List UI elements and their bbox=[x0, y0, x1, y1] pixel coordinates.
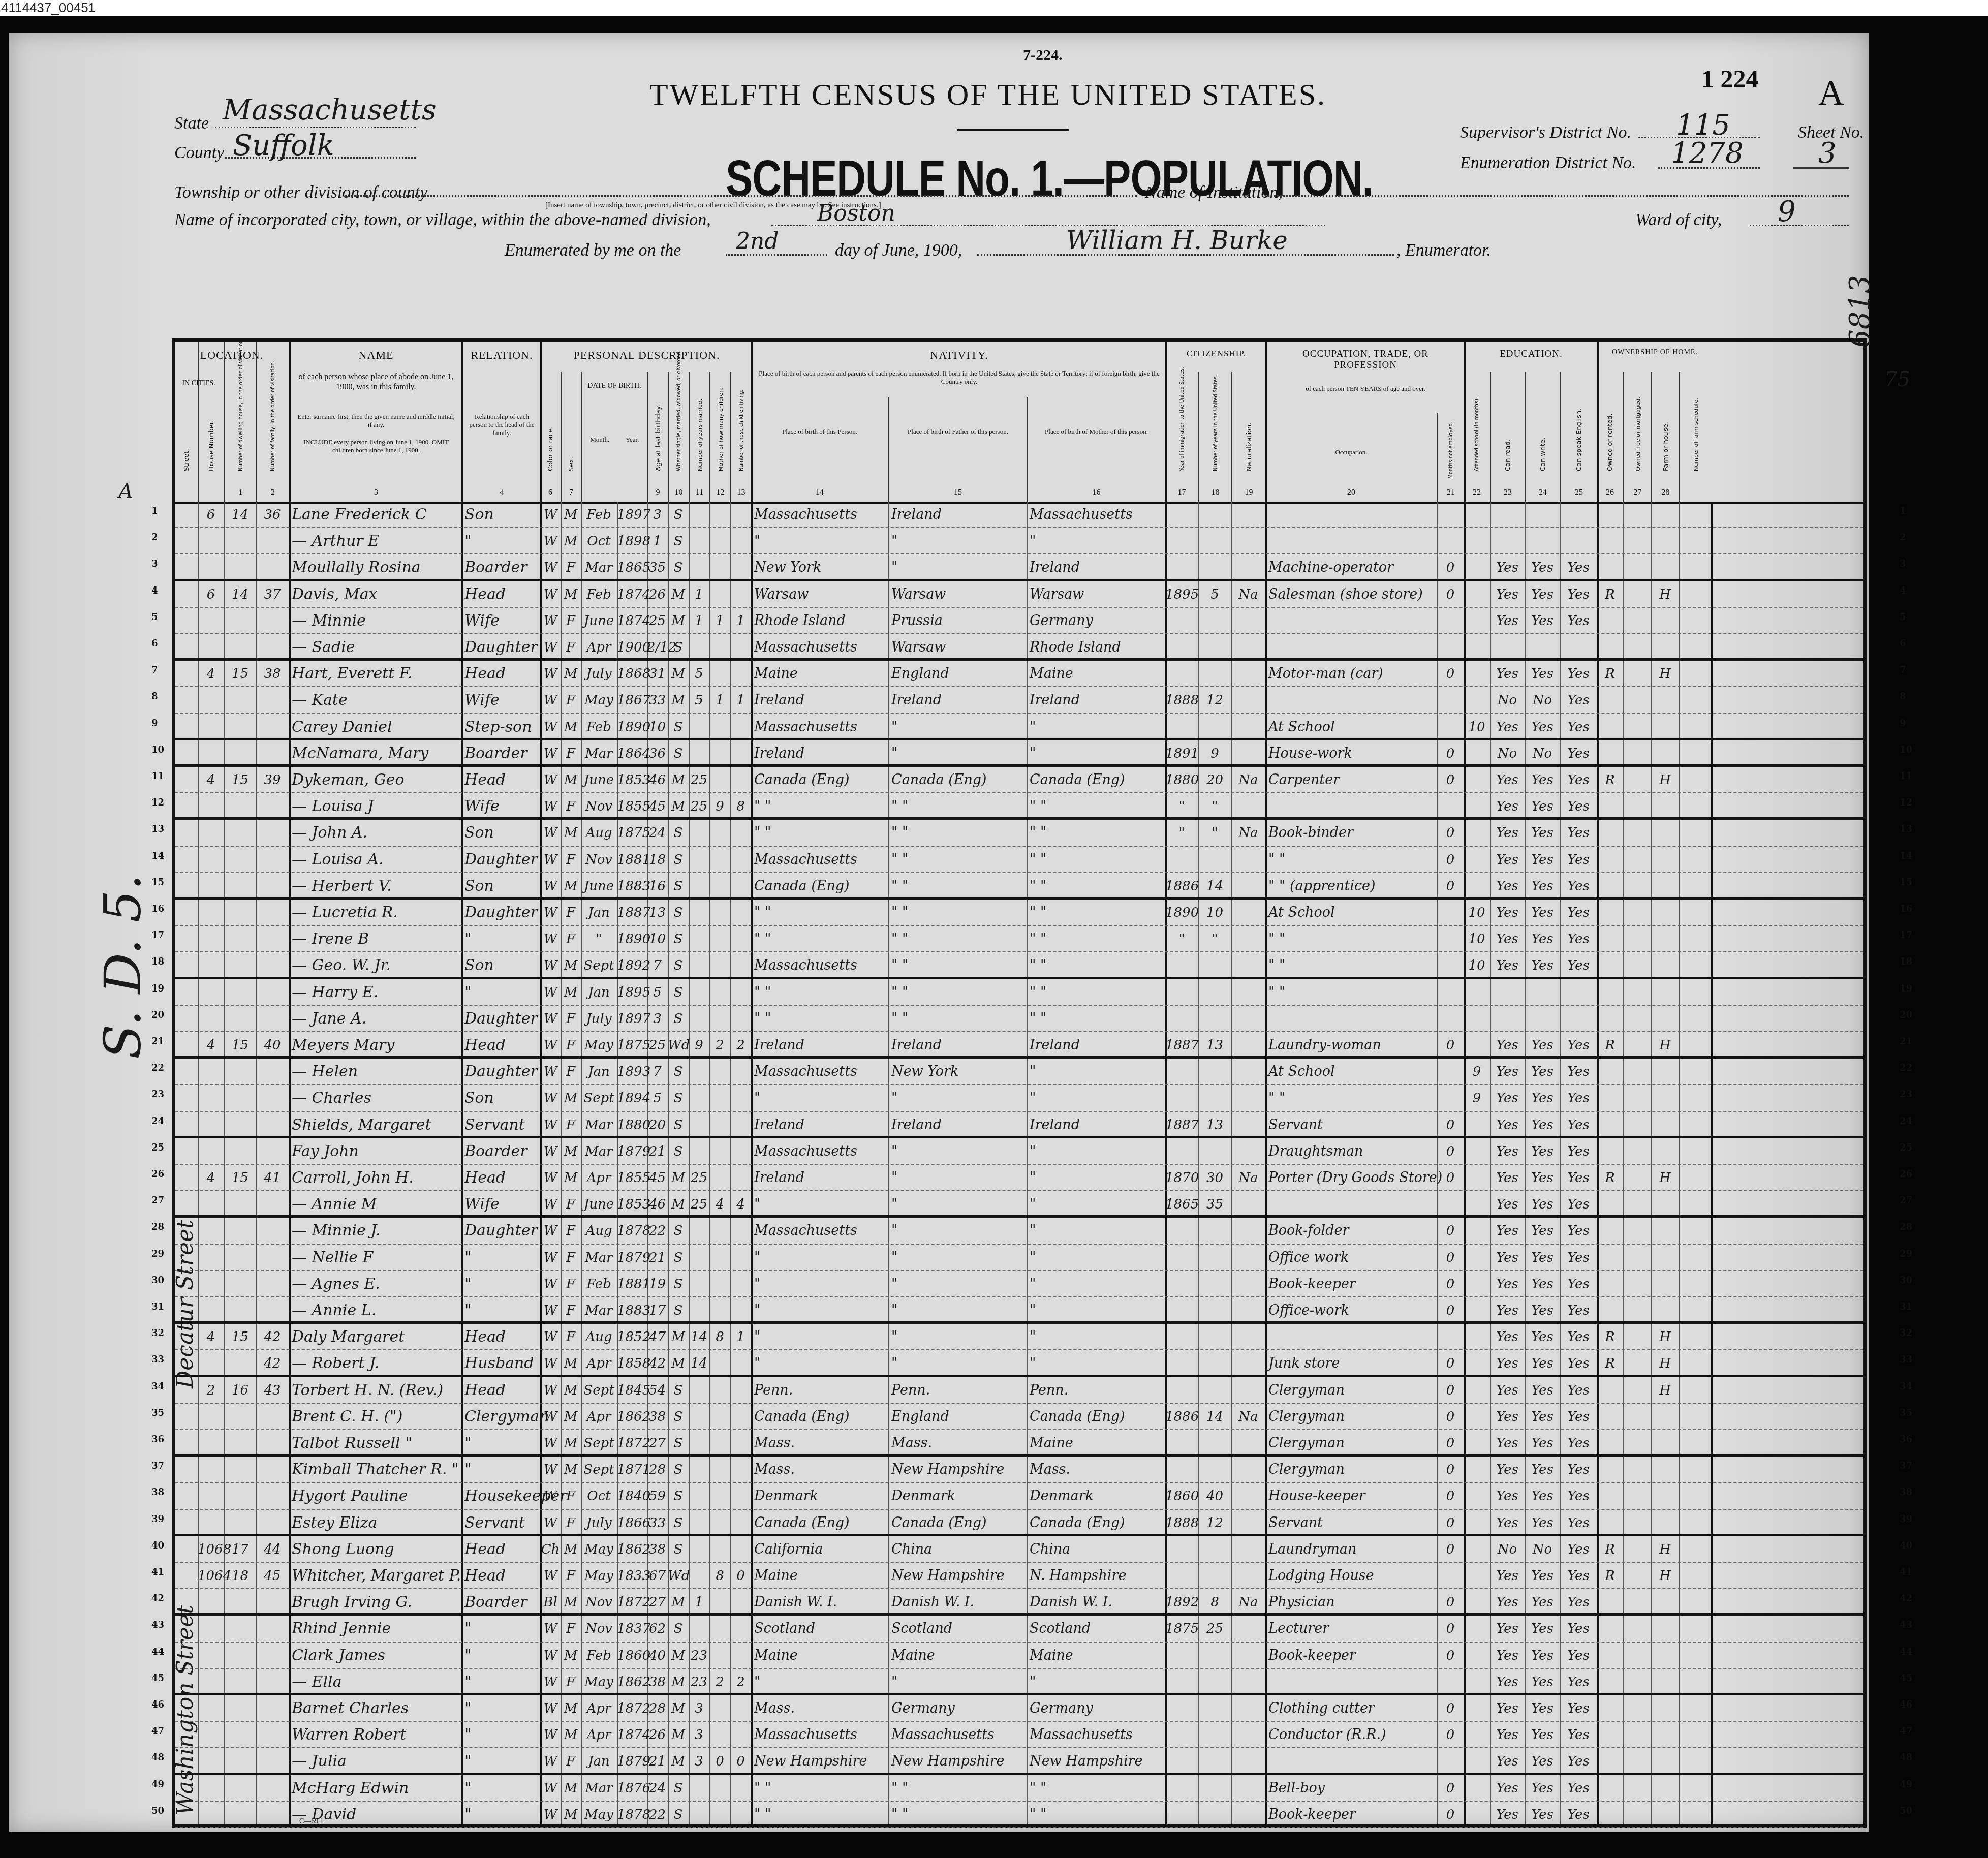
cell-sex: M bbox=[561, 1536, 581, 1562]
cell-family bbox=[256, 793, 289, 817]
cell-yrs bbox=[1198, 661, 1231, 686]
cell-house: 2 bbox=[198, 1377, 224, 1403]
enumerator-label: , Enumerator. bbox=[1396, 241, 1491, 260]
cell-imm bbox=[1165, 502, 1198, 527]
cell-read: Yes bbox=[1490, 820, 1525, 845]
colnum-10: 11 bbox=[690, 488, 709, 498]
cell-sched bbox=[1679, 1616, 1711, 1641]
cell-speak: Yes bbox=[1560, 554, 1597, 578]
cell-write: No bbox=[1525, 687, 1560, 713]
cell-bm: Rhode Island bbox=[1027, 634, 1165, 658]
state-label: State bbox=[174, 114, 209, 133]
cell-occ: Machine-operator bbox=[1265, 554, 1437, 578]
row-number: 15 bbox=[1900, 877, 1912, 888]
cell-ym bbox=[689, 740, 709, 764]
cell-relation: Daughter bbox=[461, 1006, 540, 1031]
cell-bf: New York bbox=[888, 1059, 1027, 1084]
cell-read: Yes bbox=[1490, 1695, 1525, 1721]
birth-person-label: Place of birth of this Person. bbox=[751, 428, 888, 436]
cell-year: 1833 bbox=[617, 1563, 647, 1588]
cell-occ: Clergyman bbox=[1265, 1404, 1437, 1429]
cell-month: June bbox=[581, 608, 617, 633]
cell-bm: N. Hampshire bbox=[1027, 1563, 1165, 1588]
cell-street bbox=[175, 926, 198, 951]
cell-color: W bbox=[540, 1165, 561, 1190]
cell-bm: China bbox=[1027, 1536, 1165, 1562]
cell-street bbox=[175, 1165, 198, 1190]
cell-name: Carey Daniel bbox=[289, 714, 461, 738]
cell-bp: Mass. bbox=[751, 1457, 888, 1482]
cell-family bbox=[256, 1802, 289, 1827]
cell-sex: M bbox=[561, 1589, 581, 1613]
cell-sex: M bbox=[561, 1404, 581, 1429]
cell-color: W bbox=[540, 1669, 561, 1693]
cell-yrs bbox=[1198, 1748, 1231, 1772]
cell-age: 38 bbox=[647, 1669, 668, 1693]
cell-speak: Yes bbox=[1560, 952, 1597, 976]
header-can-write: Can write.24 bbox=[1525, 372, 1560, 502]
cell-dwelling bbox=[224, 1085, 256, 1110]
cell-sex: F bbox=[561, 1271, 581, 1296]
cell-sched bbox=[1679, 608, 1711, 633]
cell-imm: 1860 bbox=[1165, 1483, 1198, 1508]
cell-yrs: 13 bbox=[1198, 1032, 1231, 1056]
cell-occ: Draughtsman bbox=[1265, 1138, 1437, 1164]
cell-write: Yes bbox=[1525, 1748, 1560, 1772]
cell-living: 4 bbox=[730, 1191, 751, 1215]
cell-sched bbox=[1679, 554, 1711, 578]
cell-sched bbox=[1679, 926, 1711, 951]
cell-living: 1 bbox=[730, 608, 751, 633]
cell-sex: F bbox=[561, 1191, 581, 1215]
cell-yrs: " bbox=[1198, 793, 1231, 817]
cell-name: — Lucretia R. bbox=[289, 900, 461, 925]
row-number: 19 bbox=[151, 983, 164, 994]
table-row: Estey ElizaServantWFJuly186633SCanada (E… bbox=[175, 1510, 1863, 1536]
cell-bm: " " bbox=[1027, 979, 1165, 1005]
cell-age: 21 bbox=[647, 1748, 668, 1772]
cell-free bbox=[1623, 1510, 1651, 1534]
cell-speak: Yes bbox=[1560, 714, 1597, 738]
cell-bm: " bbox=[1027, 1669, 1165, 1693]
cell-living bbox=[730, 847, 751, 872]
cell-dwelling bbox=[224, 528, 256, 553]
cell-bp: Mass. bbox=[751, 1430, 888, 1454]
cell-ym bbox=[689, 634, 709, 658]
cell-yrs bbox=[1198, 1297, 1231, 1321]
cell-bf: " bbox=[888, 1245, 1027, 1270]
cell-month: Aug bbox=[581, 1218, 617, 1243]
cell-bp: Rhode Island bbox=[751, 608, 888, 633]
cell-bf: Scotland bbox=[888, 1616, 1027, 1641]
table-row: 42— Robert J.HusbandWMApr185842M14"""Jun… bbox=[175, 1350, 1863, 1377]
cell-color: W bbox=[540, 687, 561, 713]
cell-imm bbox=[1165, 1802, 1198, 1827]
cell-speak bbox=[1560, 979, 1597, 1005]
cell-month: May bbox=[581, 1669, 617, 1693]
children-living-label: Number of these children living. bbox=[738, 389, 744, 471]
cell-age: 25 bbox=[647, 1032, 668, 1056]
cell-age: 22 bbox=[647, 1802, 668, 1827]
cell-marital: S bbox=[668, 1510, 689, 1534]
cell-house: 4 bbox=[198, 1165, 224, 1190]
cell-yrs bbox=[1198, 1430, 1231, 1454]
cell-farm: H bbox=[1651, 1377, 1679, 1403]
cell-sched bbox=[1679, 1404, 1711, 1429]
cell-imm bbox=[1165, 1297, 1198, 1321]
cell-family bbox=[256, 1297, 289, 1321]
cell-sex: F bbox=[561, 1324, 581, 1349]
cell-school bbox=[1464, 1616, 1490, 1641]
cell-month: Nov bbox=[581, 793, 617, 817]
colnum-24: 25 bbox=[1561, 488, 1597, 498]
cell-read: Yes bbox=[1490, 1510, 1525, 1534]
cell-house bbox=[198, 952, 224, 976]
cell-occ: Bell-boy bbox=[1265, 1775, 1437, 1801]
cell-occ: Conductor (R.R.) bbox=[1265, 1722, 1437, 1747]
cell-occ: House-work bbox=[1265, 740, 1437, 764]
cell-free bbox=[1623, 1245, 1651, 1270]
cell-sex: M bbox=[561, 820, 581, 845]
row-number: 39 bbox=[1900, 1514, 1912, 1525]
cell-read: Yes bbox=[1490, 1643, 1525, 1668]
cell-color: W bbox=[540, 793, 561, 817]
cell-mother bbox=[709, 1271, 730, 1296]
cell-school bbox=[1464, 740, 1490, 764]
cell-month: Apr bbox=[581, 1695, 617, 1721]
cell-school bbox=[1464, 1377, 1490, 1403]
ward-value: 9 bbox=[1778, 195, 1796, 228]
cell-occ bbox=[1265, 528, 1437, 553]
cell-dwelling bbox=[224, 554, 256, 578]
cell-ym bbox=[689, 1138, 709, 1164]
cell-bp: Maine bbox=[751, 1563, 888, 1588]
cell-imm bbox=[1165, 1748, 1198, 1772]
enumerated-prefix: Enumerated by me on the bbox=[505, 241, 681, 260]
cell-sex: F bbox=[561, 1510, 581, 1534]
cell-relation: Head bbox=[461, 1563, 540, 1588]
cell-yrs bbox=[1198, 1006, 1231, 1031]
cell-street bbox=[175, 554, 198, 578]
cell-farm bbox=[1651, 926, 1679, 951]
cell-sched bbox=[1679, 581, 1711, 607]
cell-mother bbox=[709, 581, 730, 607]
cell-bf: China bbox=[888, 1536, 1027, 1562]
table-row: — Harry E."WMJan18955S" "" "" "" " bbox=[175, 979, 1863, 1006]
cell-house: 4 bbox=[198, 767, 224, 792]
row-number: 33 bbox=[1900, 1354, 1912, 1365]
cell-read: Yes bbox=[1490, 608, 1525, 633]
cell-living bbox=[730, 1775, 751, 1801]
cell-mother bbox=[709, 714, 730, 738]
cell-free bbox=[1623, 847, 1651, 872]
cell-school bbox=[1464, 1775, 1490, 1801]
cell-nat bbox=[1231, 847, 1265, 872]
cell-mother bbox=[709, 1404, 730, 1429]
cell-speak: Yes bbox=[1560, 661, 1597, 686]
institution-line bbox=[1262, 195, 1849, 197]
cell-marital: M bbox=[668, 1191, 689, 1215]
cell-read: Yes bbox=[1490, 1165, 1525, 1190]
row-number: 7 bbox=[1900, 665, 1906, 675]
cell-nat bbox=[1231, 979, 1265, 1005]
table-row: 41541Carroll, John H.HeadWMApr185545M25I… bbox=[175, 1165, 1863, 1191]
row-number: 8 bbox=[151, 691, 158, 702]
cell-write: Yes bbox=[1525, 1085, 1560, 1110]
cell-street bbox=[175, 661, 198, 686]
header-attended: Attended school (in months).22 bbox=[1464, 372, 1490, 502]
cell-dwelling bbox=[224, 634, 256, 658]
cell-farm: H bbox=[1651, 661, 1679, 686]
cell-unemp: 0 bbox=[1437, 554, 1464, 578]
cell-year: 1900 bbox=[617, 634, 647, 658]
cell-marital: S bbox=[668, 952, 689, 976]
table-row: Kimball Thatcher R. ""WMSept187128SMass.… bbox=[175, 1457, 1863, 1483]
cell-free bbox=[1623, 952, 1651, 976]
cell-own bbox=[1597, 873, 1623, 897]
row-number: 9 bbox=[1900, 718, 1906, 729]
header-years-married: Number of years married.11 bbox=[689, 372, 709, 502]
cell-house bbox=[198, 1191, 224, 1215]
cell-mother bbox=[709, 740, 730, 764]
colnum-4: 4 bbox=[463, 488, 540, 498]
cell-ym: 1 bbox=[689, 581, 709, 607]
immigration-label: Year of immigration to the United States… bbox=[1179, 367, 1185, 471]
cell-month: May bbox=[581, 1563, 617, 1588]
cell-house bbox=[198, 1748, 224, 1772]
cell-year: 1840 bbox=[617, 1483, 647, 1508]
cell-sched bbox=[1679, 1775, 1711, 1801]
cell-speak: Yes bbox=[1560, 1377, 1597, 1403]
cell-street bbox=[175, 1457, 198, 1482]
cell-name: Davis, Max bbox=[289, 581, 461, 607]
cell-imm: " bbox=[1165, 793, 1198, 817]
cell-bf: Ireland bbox=[888, 1032, 1027, 1056]
cell-yrs: 30 bbox=[1198, 1165, 1231, 1190]
cell-ym bbox=[689, 952, 709, 976]
cell-name: Kimball Thatcher R. " bbox=[289, 1457, 461, 1482]
months-unemployed-label: Months not employed. bbox=[1448, 422, 1454, 479]
cell-bf: Prussia bbox=[888, 608, 1027, 633]
table-row: — Louisa JWifeWFNov185545M2598" "" "" ""… bbox=[175, 793, 1863, 820]
cell-bp: Penn. bbox=[751, 1377, 888, 1403]
cell-occ: Salesman (shoe store) bbox=[1265, 581, 1437, 607]
cell-farm: H bbox=[1651, 581, 1679, 607]
cell-family bbox=[256, 1085, 289, 1110]
row-number: 42 bbox=[1900, 1593, 1912, 1604]
cell-nat bbox=[1231, 1722, 1265, 1747]
cell-speak: Yes bbox=[1560, 1457, 1597, 1482]
cell-marital: S bbox=[668, 1271, 689, 1296]
cell-occ: Physician bbox=[1265, 1589, 1437, 1613]
row-number: 16 bbox=[151, 904, 164, 914]
row-number: 12 bbox=[1900, 797, 1912, 808]
cell-year: 1879 bbox=[617, 1748, 647, 1772]
cell-color: W bbox=[540, 1085, 561, 1110]
cell-family bbox=[256, 634, 289, 658]
cell-dwelling bbox=[224, 1138, 256, 1164]
row-number: 31 bbox=[1900, 1302, 1912, 1312]
cell-mother bbox=[709, 1297, 730, 1321]
cell-bp: Ireland bbox=[751, 1165, 888, 1190]
cell-sched bbox=[1679, 1748, 1711, 1772]
cell-mother bbox=[709, 1775, 730, 1801]
cell-speak: Yes bbox=[1560, 1483, 1597, 1508]
cell-bf: " bbox=[888, 1297, 1027, 1321]
cell-family bbox=[256, 714, 289, 738]
cell-bf: England bbox=[888, 661, 1027, 686]
cell-age: 27 bbox=[647, 1589, 668, 1613]
cell-own: R bbox=[1597, 1324, 1623, 1349]
cell-mother bbox=[709, 1802, 730, 1827]
cell-write: Yes bbox=[1525, 1112, 1560, 1136]
cell-mother bbox=[709, 1059, 730, 1084]
cell-living bbox=[730, 1006, 751, 1031]
cell-sex: F bbox=[561, 634, 581, 658]
row-number: 49 bbox=[1900, 1779, 1912, 1790]
cell-imm: 1892 bbox=[1165, 1589, 1198, 1613]
cell-sex: F bbox=[561, 740, 581, 764]
cell-own: R bbox=[1597, 1350, 1623, 1374]
cell-sex: F bbox=[561, 1563, 581, 1588]
cell-sched bbox=[1679, 1430, 1711, 1454]
cell-age: 7 bbox=[647, 1059, 668, 1084]
cell-month: Mar bbox=[581, 1297, 617, 1321]
cell-name: — Sadie bbox=[289, 634, 461, 658]
cell-bp: Canada (Eng) bbox=[751, 1510, 888, 1534]
cell-speak bbox=[1560, 502, 1597, 527]
cell-name: Daly Margaret bbox=[289, 1324, 461, 1349]
ownership-title: OWNERSHIP OF HOME. bbox=[1599, 349, 1711, 357]
cell-farm bbox=[1651, 1218, 1679, 1243]
name-sub3: INCLUDE every person living on June 1, 1… bbox=[291, 438, 461, 454]
cell-sex: M bbox=[561, 1695, 581, 1721]
cell-living bbox=[730, 661, 751, 686]
cell-read: No bbox=[1490, 687, 1525, 713]
cell-family: 36 bbox=[256, 502, 289, 527]
cell-bm: Maine bbox=[1027, 1643, 1165, 1668]
cell-marital: S bbox=[668, 502, 689, 527]
row-number: 10 bbox=[1900, 745, 1912, 755]
row-number: 31 bbox=[151, 1302, 164, 1312]
cell-family: 44 bbox=[256, 1536, 289, 1562]
cell-name: — Ella bbox=[289, 1669, 461, 1693]
census-title: TWELFTH CENSUS OF THE UNITED STATES. bbox=[649, 77, 1326, 112]
cell-yrs bbox=[1198, 714, 1231, 738]
cell-dwelling bbox=[224, 1457, 256, 1482]
cell-nat bbox=[1231, 1377, 1265, 1403]
cell-bp: " " bbox=[751, 1802, 888, 1827]
cell-school: 9 bbox=[1464, 1059, 1490, 1084]
header-years-us: Number of years in the United States.18 bbox=[1198, 372, 1231, 502]
cell-sex: M bbox=[561, 1350, 581, 1374]
cell-bf: " bbox=[888, 1165, 1027, 1190]
cell-sched bbox=[1679, 900, 1711, 925]
margin-letter: A bbox=[118, 480, 133, 503]
row-number: 46 bbox=[1900, 1699, 1912, 1710]
cell-yrs bbox=[1198, 528, 1231, 553]
row-number: 10 bbox=[151, 745, 164, 755]
cell-bp: " " bbox=[751, 820, 888, 845]
cell-nat bbox=[1231, 528, 1265, 553]
cell-school bbox=[1464, 1404, 1490, 1429]
cell-read: Yes bbox=[1490, 1802, 1525, 1827]
table-row: 41542Daly MargaretHeadWFAug185247M1481""… bbox=[175, 1324, 1863, 1350]
cell-sched bbox=[1679, 1324, 1711, 1349]
cell-yrs: 25 bbox=[1198, 1616, 1231, 1641]
cell-free bbox=[1623, 1669, 1651, 1693]
cell-family bbox=[256, 1616, 289, 1641]
cell-farm bbox=[1651, 952, 1679, 976]
cell-sched bbox=[1679, 1457, 1711, 1482]
cell-read: Yes bbox=[1490, 1324, 1525, 1349]
cell-own bbox=[1597, 1802, 1623, 1827]
header-children-living: Number of these children living.13 bbox=[730, 372, 751, 502]
cell-farm bbox=[1651, 634, 1679, 658]
cell-write: Yes bbox=[1525, 1430, 1560, 1454]
cell-street bbox=[175, 687, 198, 713]
cell-sched bbox=[1679, 502, 1711, 527]
cell-write: Yes bbox=[1525, 1165, 1560, 1190]
cell-bp: " bbox=[751, 1245, 888, 1270]
cell-speak: Yes bbox=[1560, 1536, 1597, 1562]
cell-sex: F bbox=[561, 1669, 581, 1693]
cell-free bbox=[1623, 1722, 1651, 1747]
cell-month: Nov bbox=[581, 1589, 617, 1613]
cell-speak bbox=[1560, 1006, 1597, 1031]
cell-family bbox=[256, 1112, 289, 1136]
cell-read: Yes bbox=[1490, 952, 1525, 976]
cell-living: 2 bbox=[730, 1669, 751, 1693]
cell-farm bbox=[1651, 1191, 1679, 1215]
cell-farm bbox=[1651, 714, 1679, 738]
cell-street bbox=[175, 1404, 198, 1429]
cell-dwelling bbox=[224, 793, 256, 817]
cell-read: Yes bbox=[1490, 847, 1525, 872]
cell-family bbox=[256, 740, 289, 764]
cell-mother bbox=[709, 873, 730, 897]
cell-family: 39 bbox=[256, 767, 289, 792]
cell-dwelling: 14 bbox=[224, 581, 256, 607]
cell-year: 1881 bbox=[617, 1271, 647, 1296]
cell-occ: Office-work bbox=[1265, 1297, 1437, 1321]
cell-bf: Warsaw bbox=[888, 634, 1027, 658]
cell-ym bbox=[689, 1085, 709, 1110]
cell-school bbox=[1464, 1006, 1490, 1031]
table-row: 10641845Whitcher, Margaret P.HeadWFMay18… bbox=[175, 1563, 1863, 1589]
cell-color: W bbox=[540, 502, 561, 527]
cell-free bbox=[1623, 793, 1651, 817]
cell-dwelling bbox=[224, 1059, 256, 1084]
row-number: 2 bbox=[151, 532, 158, 543]
cell-sex: F bbox=[561, 1006, 581, 1031]
cell-relation: Head bbox=[461, 767, 540, 792]
cell-sched bbox=[1679, 793, 1711, 817]
cell-marital: S bbox=[668, 1297, 689, 1321]
cell-speak: Yes bbox=[1560, 900, 1597, 925]
cell-unemp bbox=[1437, 687, 1464, 713]
cell-month: Sept bbox=[581, 952, 617, 976]
cell-speak: Yes bbox=[1560, 1748, 1597, 1772]
cell-bm: " " bbox=[1027, 1802, 1165, 1827]
cell-read: Yes bbox=[1490, 1775, 1525, 1801]
cell-farm: H bbox=[1651, 767, 1679, 792]
table-row: — Louisa A.DaughterWFNov188118SMassachus… bbox=[175, 847, 1863, 873]
row-number: 27 bbox=[151, 1195, 164, 1206]
header-immigration: Year of immigration to the United States… bbox=[1165, 372, 1198, 502]
ward-label: Ward of city, bbox=[1635, 210, 1722, 230]
cell-color: Bl bbox=[540, 1589, 561, 1613]
